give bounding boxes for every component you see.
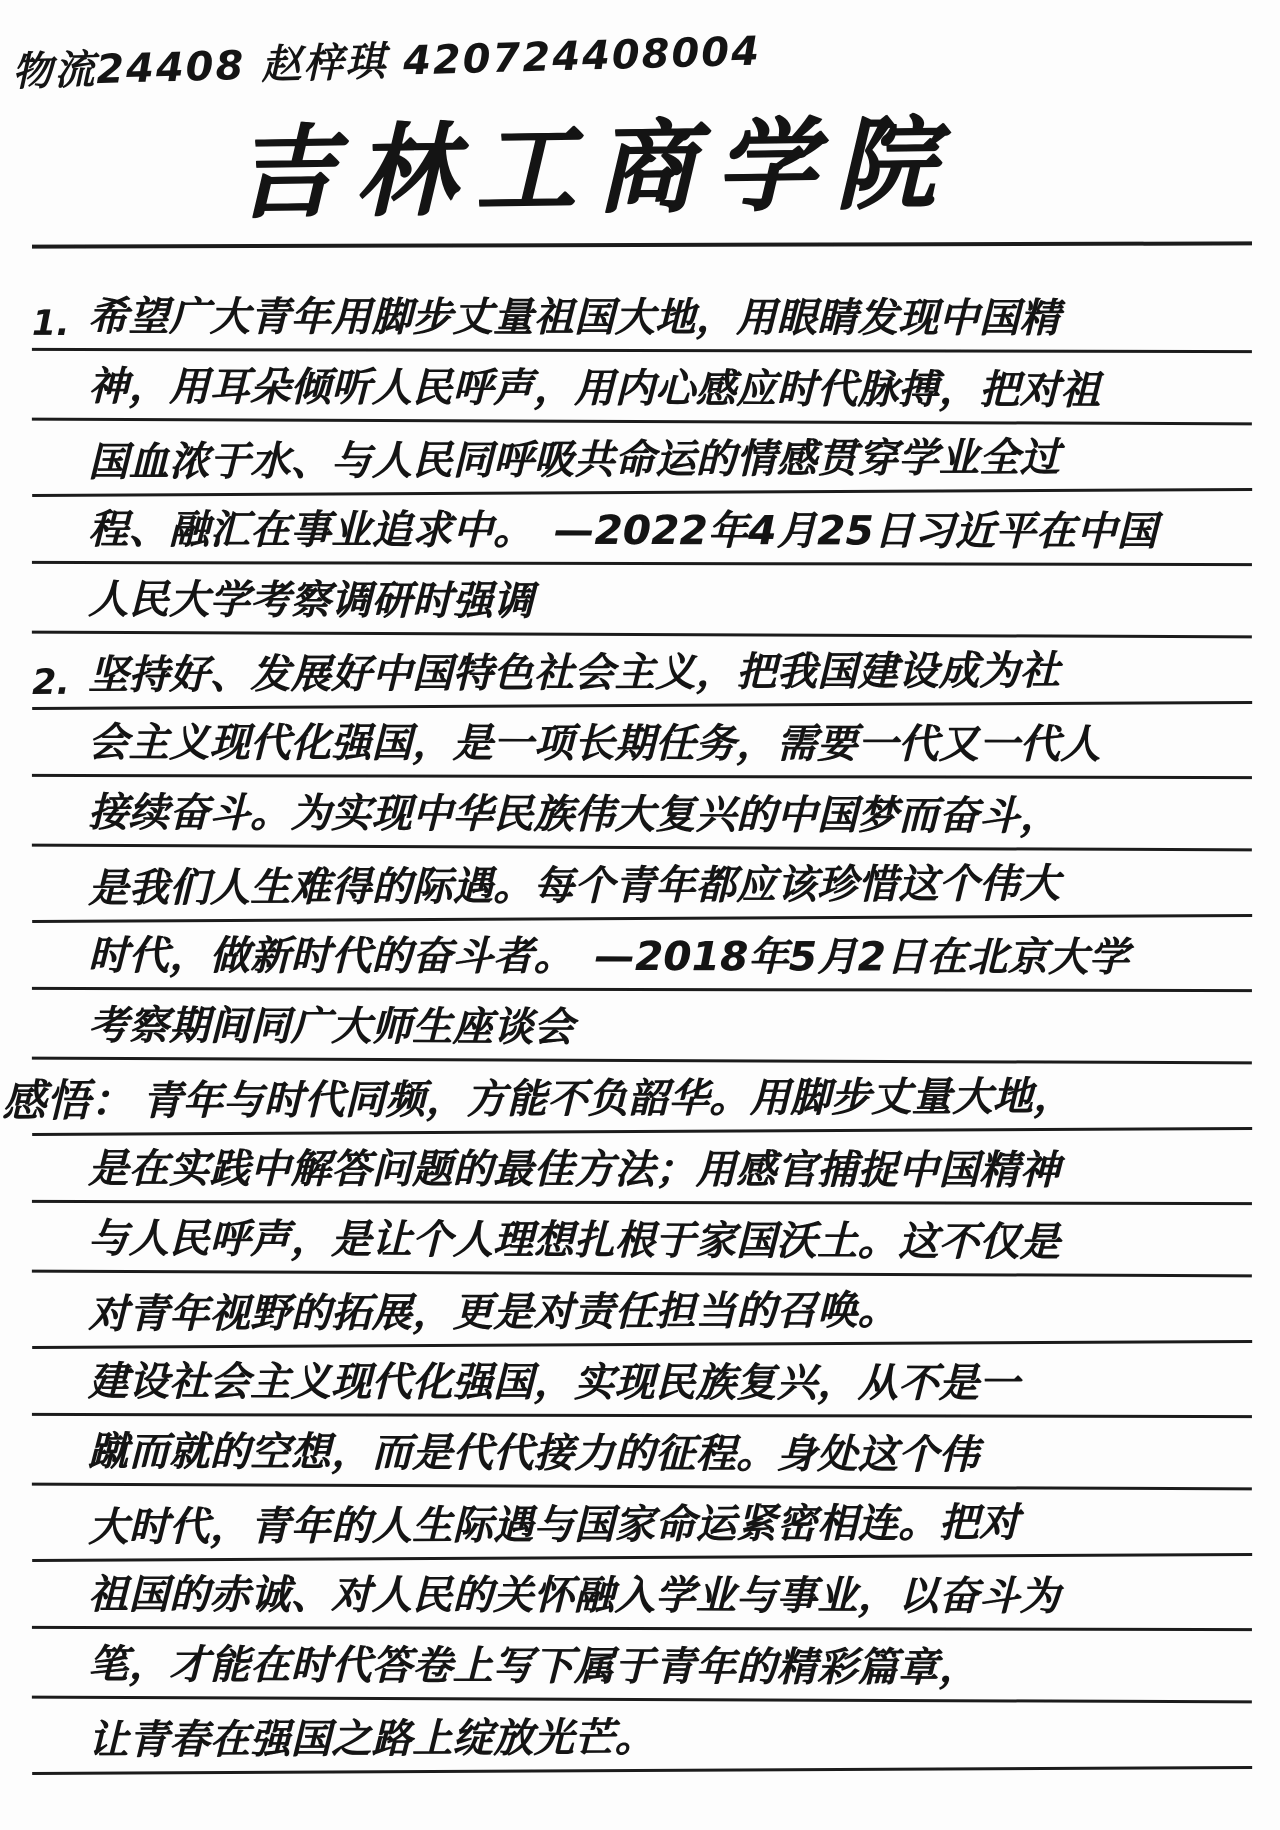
handwritten-line: 考察期间同广大师生座谈会 <box>32 989 1252 1065</box>
line-marker <box>32 414 88 418</box>
line-text: 考察期间同广大师生座谈会 <box>88 994 574 1059</box>
line-text: 青年与时代同频，方能不负韶华。用脚步丈量大地， <box>142 1065 1074 1133</box>
student-info: 物流24408 赵梓琪 420724408004 <box>11 20 761 98</box>
line-marker <box>32 983 88 987</box>
line-marker <box>32 1266 88 1270</box>
line-text: 程、融汇在事业追求中。 —2022年4月25日习近平在中国 <box>88 498 1157 563</box>
handwritten-line: 时代，做新时代的奋斗者。 —2018年5月2日在北京大学 <box>32 919 1252 992</box>
handwritten-line: 笔，才能在时代答卷上写下属于青年的精彩篇章， <box>32 1628 1252 1704</box>
line-marker <box>32 627 88 631</box>
handwritten-line: 会主义现代化强国，是一项长期任务，需要一代又一代人 <box>32 706 1252 779</box>
line-marker <box>32 1622 88 1626</box>
line-text: 大时代，青年的人生际遇与国家命运紧密相连。把对 <box>88 1491 1020 1559</box>
line-text: 建设社会主义现代化强国，实现民族复兴，从不是一 <box>88 1350 1020 1415</box>
line-marker <box>32 1692 88 1696</box>
line-text: 与人民呼声，是让个人理想扎根于家国沃土。这不仅是 <box>88 1207 1060 1274</box>
line-text: 是在实践中解答问题的最佳方法；用感官捕捉中国精神 <box>88 1137 1060 1202</box>
handwritten-line: 2. 坚持好、发展好中国特色社会主义，把我国建设成为社 <box>32 633 1252 710</box>
line-marker <box>32 1196 88 1200</box>
line-text: 会主义现代化强国，是一项长期任务，需要一代又一代人 <box>88 711 1101 776</box>
line-marker <box>32 1053 88 1057</box>
line-text: 接续奋斗。为实现中华民族伟大复兴的中国梦而奋斗， <box>88 781 1060 848</box>
handwritten-line: 对青年视野的拓展，更是对责任担当的召唤。 <box>32 1272 1252 1349</box>
handwritten-line: 蹴而就的空想，而是代代接力的征程。身处这个伟 <box>32 1415 1252 1491</box>
line-text: 人民大学考察调研时强调 <box>88 568 534 633</box>
school-title: 吉林工商学院 <box>0 79 1236 241</box>
handwritten-line: 建设社会主义现代化强国，实现民族复兴，从不是一 <box>32 1345 1252 1418</box>
line-marker <box>32 1768 88 1772</box>
line-marker: 1. <box>32 304 88 348</box>
line-text: 希望广大青年用脚步丈量祖国大地，用眼睛发现中国精 <box>88 285 1060 350</box>
handwritten-line: 1. 希望广大青年用脚步丈量祖国大地，用眼睛发现中国精 <box>32 246 1252 353</box>
line-text: 让青春在强国之路上绽放光芒。 <box>88 1706 655 1772</box>
line-text: 对青年视野的拓展，更是对责任担当的召唤。 <box>88 1279 898 1346</box>
line-marker <box>32 770 88 774</box>
handwritten-line: 国血浓于水、与人民同呼吸共命运的情感贯穿学业全过 <box>32 420 1252 497</box>
handwritten-document-page: 物流24408 赵梓琪 420724408004 吉林工商学院 1. 希望广大青… <box>0 0 1280 1830</box>
line-marker: 2. <box>32 663 88 707</box>
line-marker <box>32 1409 88 1413</box>
handwritten-line: 程、融汇在事业追求中。 —2022年4月25日习近平在中国 <box>32 493 1252 566</box>
line-marker <box>32 557 88 561</box>
line-marker <box>32 1479 88 1483</box>
handwritten-line: 与人民呼声，是让个人理想扎根于家国沃土。这不仅是 <box>32 1202 1252 1278</box>
line-text: 国血浓于水、与人民同呼吸共命运的情感贯穿学业全过 <box>88 426 1060 494</box>
line-text: 笔，才能在时代答卷上写下属于青年的精彩篇章， <box>88 1633 979 1699</box>
line-text: 祖国的赤诚、对人民的关怀融入学业与事业，以奋斗为 <box>88 1563 1060 1628</box>
line-text: 坚持好、发展好中国特色社会主义，把我国建设成为社 <box>88 639 1060 707</box>
handwritten-line: 神，用耳朵倾听人民呼声，用内心感应时代脉搏，把对祖 <box>32 350 1252 426</box>
line-marker: 感悟： <box>2 1064 134 1133</box>
handwritten-line: 是在实践中解答问题的最佳方法；用感官捕捉中国精神 <box>32 1132 1252 1205</box>
handwritten-line: 大时代，青年的人生际遇与国家命运紧密相连。把对 <box>32 1485 1252 1562</box>
line-text: 蹴而就的空想，而是代代接力的征程。身处这个伟 <box>88 1420 979 1486</box>
handwriting-area: 1. 希望广大青年用脚步丈量祖国大地，用眼睛发现中国精 神，用耳朵倾听人民呼声，… <box>32 243 1252 1772</box>
line-marker <box>32 840 88 844</box>
handwritten-line: 是我们人生难得的际遇。每个青年都应该珍惜这个伟大 <box>32 846 1252 923</box>
line-text: 神，用耳朵倾听人民呼声，用内心感应时代脉搏，把对祖 <box>88 355 1101 422</box>
handwritten-line: 祖国的赤诚、对人民的关怀融入学业与事业，以奋斗为 <box>32 1558 1252 1631</box>
handwritten-line: 让青春在强国之路上绽放光芒。 <box>32 1698 1252 1775</box>
line-text: 时代，做新时代的奋斗者。 —2018年5月2日在北京大学 <box>88 924 1129 989</box>
handwritten-line: 人民大学考察调研时强调 <box>32 563 1252 639</box>
line-text: 是我们人生难得的际遇。每个青年都应该珍惜这个伟大 <box>88 852 1060 920</box>
handwritten-line: 接续奋斗。为实现中华民族伟大复兴的中国梦而奋斗， <box>32 776 1252 852</box>
handwritten-line: 感悟： 青年与时代同频，方能不负韶华。用脚步丈量大地， <box>32 1059 1252 1136</box>
